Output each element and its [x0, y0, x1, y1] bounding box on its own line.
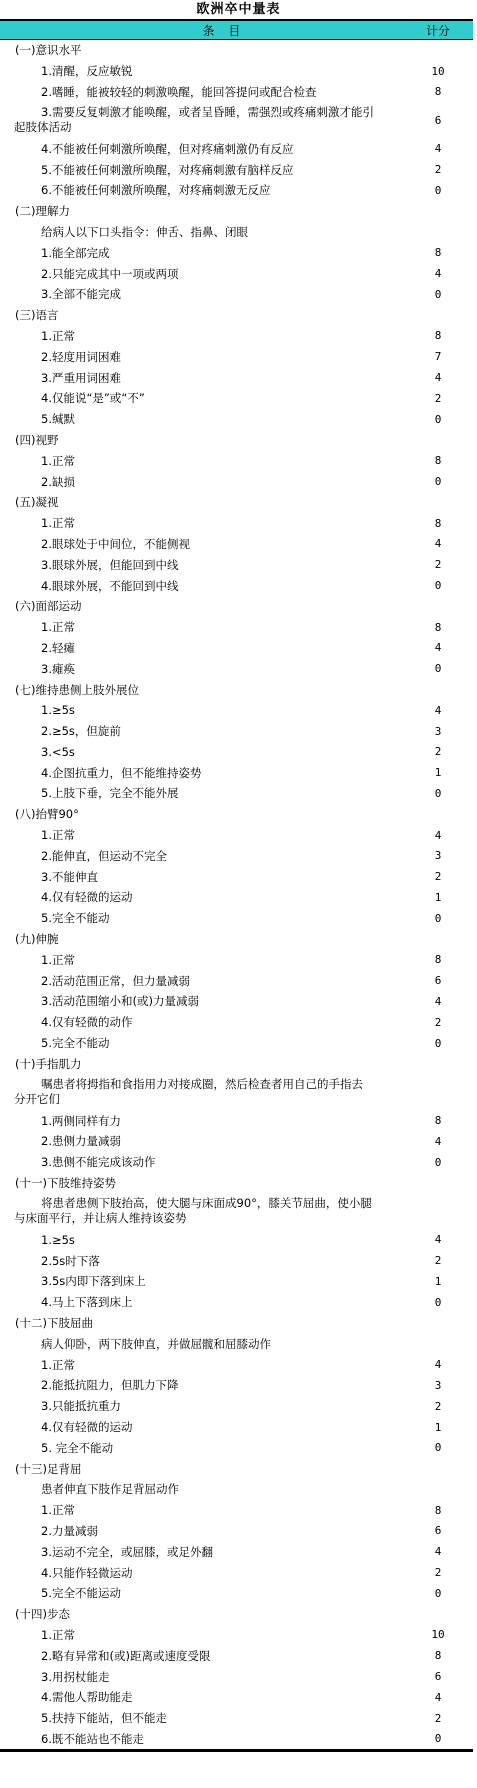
- score-item: 3.瘫痪0: [0, 658, 473, 679]
- score-item-text: 1.两侧同样有力: [0, 1113, 403, 1129]
- score-item: 2.能伸直，但运动不完全3: [0, 845, 473, 866]
- score-item: 1.正常4: [0, 825, 473, 846]
- section-heading-text: (九)伸腕: [0, 931, 403, 947]
- score-item-text: 6.不能被任何刺激所唤醒，对疼痛刺激无反应: [0, 182, 403, 198]
- score-item-text: 5.完全不能运动: [0, 1585, 403, 1601]
- score-item-text: 3.运动不完全，或屈膝，或足外翻: [0, 1544, 403, 1560]
- score-item-score: 0: [403, 475, 473, 488]
- section-heading-text: (十一)下肢维持姿势: [0, 1175, 403, 1191]
- score-item-score: 3: [403, 1379, 473, 1392]
- score-item-score: 4: [403, 267, 473, 280]
- score-item: 2.略有异常和(或)距离或速度受限8: [0, 1645, 473, 1666]
- section-instruction-text: 将患者患侧下肢抬高，使大腿与床面成90°，膝关节屈曲，使小腿与床面平行，并让病人…: [0, 1196, 374, 1226]
- section-instruction-text: 给病人以下口头指令：伸舌、指鼻、闭眼: [0, 224, 403, 240]
- score-item-score: 1: [403, 1275, 473, 1288]
- score-item-text: 1.正常: [0, 1502, 403, 1518]
- section-instruction-text: 病人仰卧，两下肢伸直，并做屈髋和屈膝动作: [0, 1336, 403, 1352]
- score-item-text: 3.不能伸直: [0, 869, 403, 885]
- section-heading: (五)凝视: [0, 492, 473, 513]
- score-item: 2.缺损0: [0, 471, 473, 492]
- score-item-score: 0: [403, 1587, 473, 1600]
- score-item-text: 3.需要反复刺激才能唤醒，或者呈昏睡，需强烈或疼痛刺激才能引起肢体活动: [0, 105, 374, 135]
- score-item-text: 4.仅有轻微的动作: [0, 1014, 403, 1030]
- score-item-score: 0: [403, 288, 473, 301]
- score-item-score: 0: [403, 1156, 473, 1169]
- score-item: 4.眼球外展，不能回到中线0: [0, 575, 473, 596]
- score-item-text: 1.正常: [0, 453, 403, 469]
- score-item-score: 2: [403, 558, 473, 571]
- score-item-text: 1.正常: [0, 952, 403, 968]
- section-heading-text: (十三)足背屈: [0, 1461, 403, 1477]
- section-instruction: 将患者患侧下肢抬高，使大腿与床面成90°，膝关节屈曲，使小腿与床面平行，并让病人…: [0, 1193, 473, 1229]
- score-item-score: 4: [403, 995, 473, 1008]
- score-item-text: 3.眼球外展，但能回到中线: [0, 557, 403, 573]
- table-bottom-border: [0, 1749, 473, 1752]
- section-heading: (六)面部运动: [0, 596, 473, 617]
- score-item: 2.只能完成其中一项或两项4: [0, 263, 473, 284]
- section-heading: (四)视野: [0, 430, 473, 451]
- score-item-text: 1.≥5s: [0, 703, 403, 717]
- score-item: 1.正常10: [0, 1625, 473, 1646]
- section-instruction: 嘱患者将拇指和食指用力对接成圈，然后检查者用自己的手指去分开它们: [0, 1074, 473, 1110]
- score-item-score: 8: [403, 246, 473, 259]
- score-item: 5.缄默0: [0, 409, 473, 430]
- score-item: 4.只能作轻微运动2: [0, 1562, 473, 1583]
- score-item: 5.不能被任何刺激所唤醒，对疼痛刺激有脑样反应2: [0, 159, 473, 180]
- score-item-score: 4: [403, 1233, 473, 1246]
- score-item: 1.正常8: [0, 949, 473, 970]
- score-item-text: 4.眼球外展，不能回到中线: [0, 578, 403, 594]
- score-item-score: 0: [403, 1732, 473, 1745]
- score-item: 6.既不能站也不能走0: [0, 1729, 473, 1750]
- score-item-score: 0: [403, 579, 473, 592]
- score-item-text: 1.清醒，反应敏锐: [0, 63, 403, 79]
- score-item-text: 3.患侧不能完成该动作: [0, 1154, 403, 1170]
- score-item: 3.眼球外展，但能回到中线2: [0, 554, 473, 575]
- score-item: 4.需他人帮助能走4: [0, 1687, 473, 1708]
- score-item-score: 2: [403, 392, 473, 405]
- score-item-score: 6: [403, 974, 473, 987]
- score-item-score: 8: [403, 1504, 473, 1517]
- score-item-score: 4: [403, 1135, 473, 1148]
- score-item: 3.不能伸直2: [0, 866, 473, 887]
- score-item: 2.5s时下落2: [0, 1250, 473, 1271]
- score-item: 5.扶持下能站，但不能走2: [0, 1708, 473, 1729]
- score-item-score: 4: [403, 1691, 473, 1704]
- section-heading-text: (四)视野: [0, 432, 403, 448]
- score-item-text: 2.力量减弱: [0, 1523, 403, 1539]
- score-item-score: 8: [403, 85, 473, 98]
- score-item: 6.不能被任何刺激所唤醒，对疼痛刺激无反应0: [0, 180, 473, 201]
- score-item: 4.马上下落到床上0: [0, 1292, 473, 1313]
- section-heading-text: (十)手指肌力: [0, 1056, 403, 1072]
- score-item-score: 0: [403, 413, 473, 426]
- score-item: 1.清醒，反应敏锐10: [0, 61, 473, 82]
- score-item: 1.两侧同样有力8: [0, 1110, 473, 1131]
- score-item-text: 3.活动范围缩小和(或)力量减弱: [0, 993, 403, 1009]
- score-item-score: 10: [403, 65, 473, 78]
- score-item-score: 1: [403, 1421, 473, 1434]
- score-item: 2.轻瘫4: [0, 638, 473, 659]
- score-item-score: 4: [403, 1358, 473, 1371]
- section-instruction-text: 嘱患者将拇指和食指用力对接成圈，然后检查者用自己的手指去分开它们: [0, 1077, 374, 1107]
- score-item: 2.患侧力量减弱4: [0, 1131, 473, 1152]
- score-item-score: 2: [403, 163, 473, 176]
- score-item-score: 8: [403, 1649, 473, 1662]
- score-item: 5. 完全不能动0: [0, 1437, 473, 1458]
- score-item-text: 3.只能抵抗重力: [0, 1398, 403, 1414]
- score-item: 3.患侧不能完成该动作0: [0, 1152, 473, 1173]
- section-heading: (八)抬臂90°: [0, 804, 473, 825]
- section-heading: (三)语言: [0, 305, 473, 326]
- score-item: 1.正常8: [0, 617, 473, 638]
- stroke-scale-table: 条 目 计分 (一)意识水平1.清醒，反应敏锐102.嗜睡，能被较轻的刺激唤醒，…: [0, 19, 473, 1752]
- score-item-score: 3: [403, 849, 473, 862]
- score-item: 1.≥5s4: [0, 1229, 473, 1250]
- score-item-text: 2.缺损: [0, 474, 403, 490]
- section-heading: (七)维持患侧上肢外展位: [0, 679, 473, 700]
- table-body: (一)意识水平1.清醒，反应敏锐102.嗜睡，能被较轻的刺激唤醒，能回答提问或配…: [0, 40, 473, 1749]
- score-item: 2.能抵抗阻力，但肌力下降3: [0, 1375, 473, 1396]
- score-item-text: 1.正常: [0, 515, 403, 531]
- section-heading: (十二)下肢屈曲: [0, 1313, 473, 1334]
- score-item-text: 1.正常: [0, 1357, 403, 1373]
- score-item-score: 6: [403, 114, 473, 127]
- score-item: 3.5s内即下落到床上1: [0, 1271, 473, 1292]
- score-item: 5.完全不能动0: [0, 908, 473, 929]
- score-item-text: 3.严重用词困难: [0, 370, 403, 386]
- score-item-score: 2: [403, 870, 473, 883]
- section-heading: (九)伸腕: [0, 929, 473, 950]
- section-instruction: 病人仰卧，两下肢伸直，并做屈髋和屈膝动作: [0, 1333, 473, 1354]
- score-item: 4.企图抗重力，但不能维持姿势1: [0, 762, 473, 783]
- score-item-text: 1.正常: [0, 619, 403, 635]
- score-item: 3.用拐杖能走6: [0, 1666, 473, 1687]
- score-item-score: 0: [403, 912, 473, 925]
- score-item-text: 3.5s内即下落到床上: [0, 1273, 403, 1289]
- score-item-score: 0: [403, 1441, 473, 1454]
- section-heading-text: (五)凝视: [0, 494, 403, 510]
- score-item-text: 2.5s时下落: [0, 1253, 403, 1269]
- score-item: 4.仅有轻微的动作2: [0, 1012, 473, 1033]
- score-item-text: 2.略有异常和(或)距离或速度受限: [0, 1648, 403, 1664]
- score-item-text: 4.不能被任何刺激所唤醒，但对疼痛刺激仍有反应: [0, 141, 403, 157]
- score-item-score: 4: [403, 371, 473, 384]
- score-item-text: 3.用拐杖能走: [0, 1669, 403, 1685]
- score-item-text: 1.正常: [0, 827, 403, 843]
- score-item: 3.活动范围缩小和(或)力量减弱4: [0, 991, 473, 1012]
- section-heading-text: (十四)步态: [0, 1606, 403, 1622]
- header-score-column: 计分: [403, 22, 473, 39]
- score-item-text: 4.企图抗重力，但不能维持姿势: [0, 765, 403, 781]
- score-item: 4.仅有轻微的运动1: [0, 1417, 473, 1438]
- section-heading-text: (六)面部运动: [0, 598, 403, 614]
- score-item-text: 2.能抵抗阻力，但肌力下降: [0, 1377, 403, 1393]
- section-heading-text: (一)意识水平: [0, 42, 403, 58]
- score-item-text: 2.嗜睡，能被较轻的刺激唤醒，能回答提问或配合检查: [0, 84, 403, 100]
- score-item-text: 5. 完全不能动: [0, 1440, 403, 1456]
- header-item-column: 条 目: [0, 22, 403, 39]
- score-item-score: 2: [403, 1400, 473, 1413]
- score-item-score: 3: [403, 725, 473, 738]
- score-item: 2.力量减弱6: [0, 1521, 473, 1542]
- score-item-text: 5.完全不能动: [0, 910, 403, 926]
- score-item-text: 3.瘫痪: [0, 661, 403, 677]
- score-item-score: 1: [403, 891, 473, 904]
- score-item: 1.正常8: [0, 1500, 473, 1521]
- score-item: 5.完全不能运动0: [0, 1583, 473, 1604]
- score-item-score: 0: [403, 184, 473, 197]
- score-item-text: 1.正常: [0, 328, 403, 344]
- score-item-text: 1.能全部完成: [0, 245, 403, 261]
- section-heading: (二)理解力: [0, 201, 473, 222]
- score-item-score: 8: [403, 517, 473, 530]
- score-item-text: 4.仅能说“是”或“不”: [0, 390, 403, 406]
- section-heading: (十三)足背屈: [0, 1458, 473, 1479]
- score-item-score: 8: [403, 329, 473, 342]
- score-item-text: 5.缄默: [0, 411, 403, 427]
- score-item-text: 1.正常: [0, 1627, 403, 1643]
- score-item-text: 5.完全不能动: [0, 1035, 403, 1051]
- score-item-score: 1: [403, 766, 473, 779]
- score-item: 4.仅有轻微的运动1: [0, 887, 473, 908]
- score-item-score: 2: [403, 1254, 473, 1267]
- score-item-text: 5.扶持下能站，但不能走: [0, 1710, 403, 1726]
- section-heading-text: (七)维持患侧上肢外展位: [0, 682, 403, 698]
- score-item-score: 8: [403, 953, 473, 966]
- score-item-score: 8: [403, 621, 473, 634]
- score-item: 3.严重用词困难4: [0, 367, 473, 388]
- score-item-score: 6: [403, 1524, 473, 1537]
- score-item-text: 4.需他人帮助能走: [0, 1689, 403, 1705]
- score-item: 1.正常4: [0, 1354, 473, 1375]
- score-item-text: 1.≥5s: [0, 1233, 403, 1247]
- score-item: 2.≥5s，但旋前3: [0, 721, 473, 742]
- score-item: 3.全部不能完成0: [0, 284, 473, 305]
- page-title: 欧洲卒中量表: [0, 0, 477, 19]
- score-item-text: 2.轻瘫: [0, 640, 403, 656]
- score-item: 2.嗜睡，能被较轻的刺激唤醒，能回答提问或配合检查8: [0, 82, 473, 103]
- score-item-score: 4: [403, 1545, 473, 1558]
- score-item-score: 0: [403, 1037, 473, 1050]
- score-item-text: 6.既不能站也不能走: [0, 1731, 403, 1747]
- score-item-score: 4: [403, 829, 473, 842]
- section-instruction: 给病人以下口头指令：伸舌、指鼻、闭眼: [0, 222, 473, 243]
- score-item: 3.只能抵抗重力2: [0, 1396, 473, 1417]
- score-item-score: 8: [403, 454, 473, 467]
- score-item: 3.需要反复刺激才能唤醒，或者呈昏睡，需强烈或疼痛刺激才能引起肢体活动6: [0, 102, 473, 138]
- score-item: 5.完全不能动0: [0, 1033, 473, 1054]
- score-item-score: 8: [403, 1114, 473, 1127]
- score-item-score: 4: [403, 641, 473, 654]
- score-item: 4.不能被任何刺激所唤醒，但对疼痛刺激仍有反应4: [0, 138, 473, 159]
- section-instruction-text: 患者伸直下肢作足背屈动作: [0, 1481, 403, 1497]
- score-item-score: 2: [403, 1016, 473, 1029]
- score-item-text: 5.上肢下垂，完全不能外展: [0, 785, 403, 801]
- score-item-text: 2.活动范围正常，但力量减弱: [0, 973, 403, 989]
- score-item-text: 3.全部不能完成: [0, 286, 403, 302]
- score-item-text: 2.眼球处于中间位，不能侧视: [0, 536, 403, 552]
- score-item-text: 3.<5s: [0, 745, 403, 759]
- score-item-text: 2.轻度用词困难: [0, 349, 403, 365]
- score-item: 3.<5s2: [0, 742, 473, 763]
- score-item: 1.正常8: [0, 513, 473, 534]
- score-item: 5.上肢下垂，完全不能外展0: [0, 783, 473, 804]
- score-item-score: 10: [403, 1628, 473, 1641]
- section-heading-text: (二)理解力: [0, 203, 403, 219]
- table-header: 条 目 计分: [0, 19, 473, 40]
- score-item: 4.仅能说“是”或“不”2: [0, 388, 473, 409]
- score-item-text: 4.马上下落到床上: [0, 1294, 403, 1310]
- score-item: 2.眼球处于中间位，不能侧视4: [0, 534, 473, 555]
- score-item: 1.正常8: [0, 326, 473, 347]
- section-heading-text: (八)抬臂90°: [0, 806, 403, 822]
- score-item-text: 4.仅有轻微的运动: [0, 1419, 403, 1435]
- score-item: 2.轻度用词困难7: [0, 346, 473, 367]
- score-item: 1.正常8: [0, 450, 473, 471]
- score-item-text: 2.≥5s，但旋前: [0, 723, 403, 739]
- section-instruction: 患者伸直下肢作足背屈动作: [0, 1479, 473, 1500]
- section-heading: (十一)下肢维持姿势: [0, 1173, 473, 1194]
- score-item: 1.≥5s4: [0, 700, 473, 721]
- score-item-text: 4.仅有轻微的运动: [0, 889, 403, 905]
- score-item-text: 4.只能作轻微运动: [0, 1565, 403, 1581]
- section-heading-text: (十二)下肢屈曲: [0, 1315, 403, 1331]
- score-item: 2.活动范围正常，但力量减弱6: [0, 970, 473, 991]
- score-item: 1.能全部完成8: [0, 242, 473, 263]
- score-item-score: 7: [403, 350, 473, 363]
- section-heading-text: (三)语言: [0, 307, 403, 323]
- score-item-text: 2.只能完成其中一项或两项: [0, 266, 403, 282]
- section-heading: (十)手指肌力: [0, 1053, 473, 1074]
- score-item-score: 4: [403, 704, 473, 717]
- score-item-text: 2.患侧力量减弱: [0, 1133, 403, 1149]
- score-item: 3.运动不完全，或屈膝，或足外翻4: [0, 1541, 473, 1562]
- score-item-score: 4: [403, 142, 473, 155]
- score-item-score: 2: [403, 745, 473, 758]
- score-item-score: 0: [403, 787, 473, 800]
- score-item-score: 0: [403, 662, 473, 675]
- score-item-score: 0: [403, 1296, 473, 1309]
- score-item-text: 5.不能被任何刺激所唤醒，对疼痛刺激有脑样反应: [0, 162, 403, 178]
- score-item-text: 2.能伸直，但运动不完全: [0, 848, 403, 864]
- score-item-score: 2: [403, 1712, 473, 1725]
- score-item-score: 2: [403, 1566, 473, 1579]
- section-heading: (一)意识水平: [0, 40, 473, 61]
- section-heading: (十四)步态: [0, 1604, 473, 1625]
- score-item-score: 6: [403, 1670, 473, 1683]
- score-item-score: 4: [403, 537, 473, 550]
